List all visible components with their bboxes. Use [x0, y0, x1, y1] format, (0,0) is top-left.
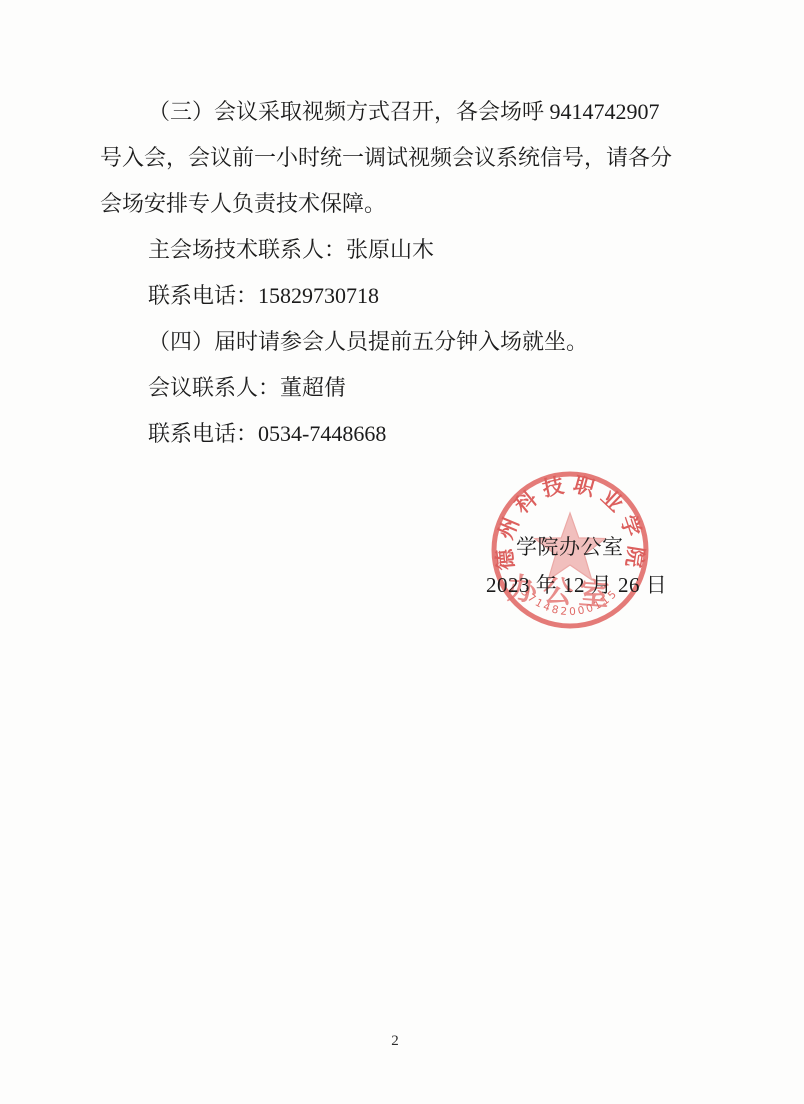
document-page: （三）会议采取视频方式召开，各会场呼 9414742907 号入会，会议前一小时… [0, 0, 804, 1104]
body-line: （四）届时请参会人员提前五分钟入场就坐。 [100, 319, 666, 365]
body-line: 联系电话：0534-7448668 [100, 411, 666, 457]
body-line: 会场安排专人负责技术保障。 [100, 181, 666, 227]
page-number: 2 [0, 1033, 790, 1050]
signature-date: 2023 年 12 月 26 日 [486, 569, 667, 599]
body-line: 主会场技术联系人：张原山木 [100, 227, 666, 273]
body-line: 会议联系人：董超倩 [100, 365, 666, 411]
body-line: （三）会议采取视频方式召开，各会场呼 9414742907 [100, 89, 666, 135]
body-line: 号入会，会议前一小时统一调试视频会议系统信号，请各分 [100, 135, 666, 181]
document-body: （三）会议采取视频方式召开，各会场呼 9414742907 号入会，会议前一小时… [100, 89, 666, 457]
signature-office: 学院办公室 [516, 531, 624, 561]
body-line: 联系电话：15829730718 [100, 273, 666, 319]
